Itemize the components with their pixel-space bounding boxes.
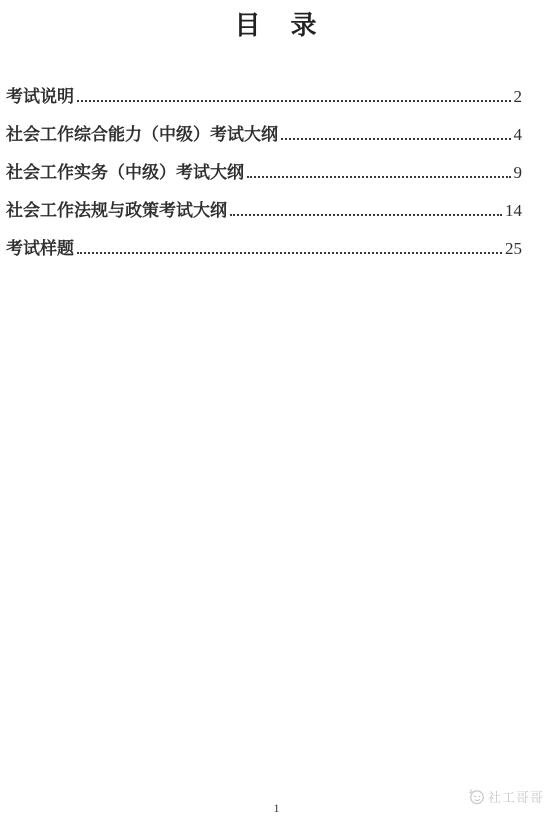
dotted-leader — [77, 87, 511, 102]
toc-entry-label: 考试样题 — [6, 239, 74, 258]
toc-entry-page-number: 4 — [514, 125, 523, 144]
toc-entry-page-number: 2 — [514, 87, 523, 106]
winking-face-icon — [468, 788, 485, 805]
toc-entry: 社会工作综合能力（中级）考试大纲 4 — [6, 125, 522, 144]
toc-entry-label: 考试说明 — [6, 87, 74, 106]
dotted-leader — [247, 163, 511, 178]
toc-entry: 考试样题 25 — [6, 239, 522, 258]
table-of-contents: 考试说明 2 社会工作综合能力（中级）考试大纲 4 社会工作实务（中级）考试大纲… — [0, 87, 553, 258]
dotted-leader — [230, 201, 502, 216]
dotted-leader — [281, 125, 511, 140]
toc-entry-label: 社会工作综合能力（中级）考试大纲 — [6, 125, 278, 144]
dotted-leader — [77, 239, 502, 254]
toc-entry-label: 社会工作实务（中级）考试大纲 — [6, 163, 244, 182]
toc-entry: 社会工作法规与政策考试大纲 14 — [6, 201, 522, 220]
document-page: 目 录 考试说明 2 社会工作综合能力（中级）考试大纲 4 社会工作实务（中级）… — [0, 0, 553, 822]
toc-entry-label: 社会工作法规与政策考试大纲 — [6, 201, 227, 220]
toc-entry-page-number: 25 — [505, 239, 522, 258]
page-title: 目 录 — [0, 5, 553, 42]
watermark-text: 社工哥哥 — [488, 787, 544, 806]
toc-entry-page-number: 14 — [505, 201, 522, 220]
watermark: 社工哥哥 — [468, 787, 544, 806]
toc-entry-page-number: 9 — [514, 163, 523, 182]
toc-entry: 考试说明 2 — [6, 87, 522, 106]
toc-entry: 社会工作实务（中级）考试大纲 9 — [6, 163, 522, 182]
